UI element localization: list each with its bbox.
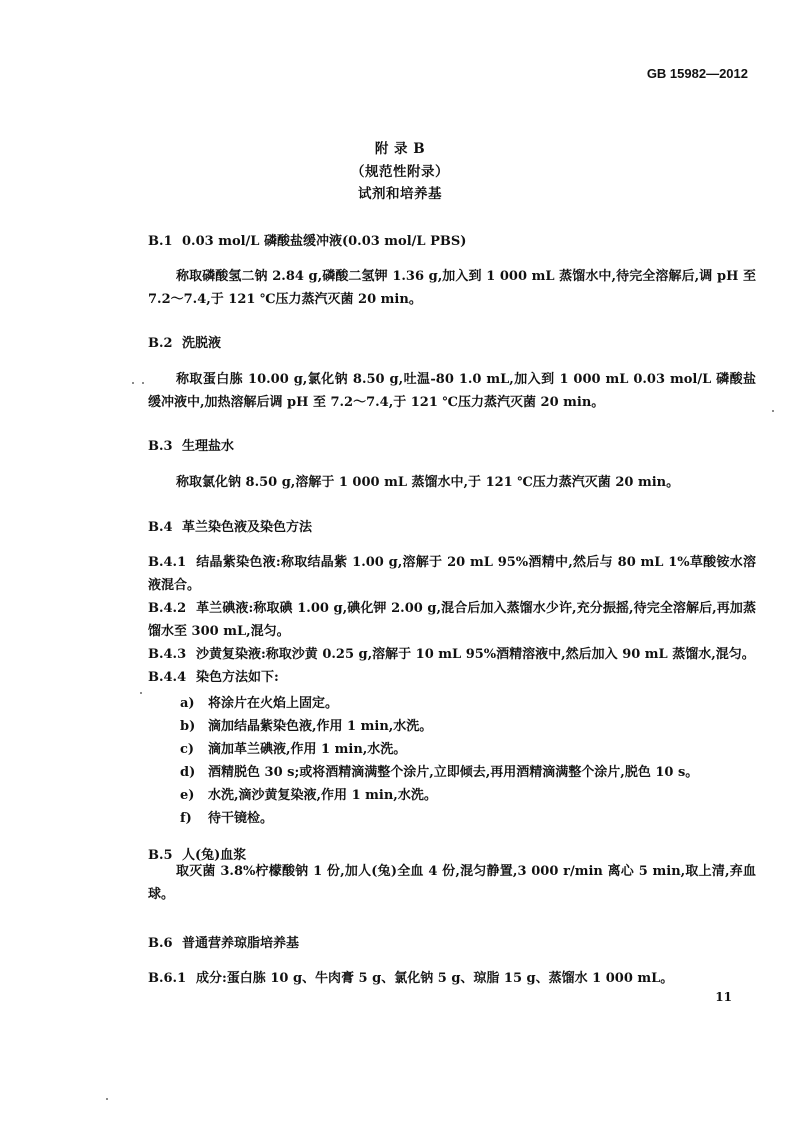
list-item: d)酒精脱色 30 s;或将酒精滴满整个涂片,立即倾去,再用酒精滴满整个涂片,脱… <box>180 761 698 780</box>
list-text: 滴加革兰碘液,作用 1 min,水洗。 <box>208 742 406 757</box>
scan-speck <box>132 382 134 384</box>
list-item: a)将涂片在火焰上固定。 <box>180 692 338 711</box>
subsection-number: B.4.4 <box>148 666 196 689</box>
subsection-number: B.6.1 <box>148 967 196 990</box>
section-body-b1: 称取磷酸氢二钠 2.84 g,磷酸二氢钾 1.36 g,加入到 1 000 mL… <box>148 265 756 311</box>
page-number: 11 <box>715 990 732 1004</box>
section-number: B.6 <box>148 936 182 951</box>
list-label: c) <box>180 742 208 757</box>
list-item: f)待干镜检。 <box>180 807 273 826</box>
section-heading-b4: B.4革兰染色液及染色方法 <box>148 516 312 535</box>
list-item: e)水洗,滴沙黄复染液,作用 1 min,水洗。 <box>180 784 437 803</box>
section-title: 普通营养琼脂培养基 <box>182 936 299 951</box>
section-number: B.1 <box>148 234 182 249</box>
section-title: 生理盐水 <box>182 439 234 454</box>
list-item: c)滴加革兰碘液,作用 1 min,水洗。 <box>180 738 406 757</box>
section-number: B.2 <box>148 336 182 351</box>
subsection-text: 染色方法如下: <box>196 670 279 685</box>
list-label: b) <box>180 719 208 734</box>
section-number: B.4 <box>148 520 182 535</box>
section-body-b3: 称取氯化钠 8.50 g,溶解于 1 000 mL 蒸馏水中,于 121 ℃压力… <box>148 471 756 494</box>
scan-speck <box>142 382 144 384</box>
annex-subtitle: 试剂和培养基 <box>0 182 800 202</box>
list-label: a) <box>180 696 208 711</box>
section-heading-b6: B.6普通营养琼脂培养基 <box>148 932 299 951</box>
list-text: 滴加结晶紫染色液,作用 1 min,水洗。 <box>208 719 432 734</box>
section-heading-b3: B.3生理盐水 <box>148 435 234 454</box>
list-text: 酒精脱色 30 s;或将酒精滴满整个涂片,立即倾去,再用酒精滴满整个涂片,脱色 … <box>208 765 698 780</box>
subsection-b4-4: B.4.4染色方法如下: <box>148 666 756 689</box>
list-label: f) <box>180 811 208 826</box>
standard-number: GB 15982—2012 <box>647 66 748 81</box>
section-title: 0.03 mol/L 磷酸盐缓冲液(0.03 mol/L PBS) <box>182 234 466 249</box>
scan-speck <box>140 692 142 694</box>
subsection-b4-2: B.4.2革兰碘液:称取碘 1.00 g,碘化钾 2.00 g,混合后加入蒸馏水… <box>148 597 756 643</box>
subsection-text: 革兰碘液:称取碘 1.00 g,碘化钾 2.00 g,混合后加入蒸馏水少许,充分… <box>148 601 756 639</box>
subsection-text: 成分:蛋白胨 10 g、牛肉膏 5 g、氯化钠 5 g、琼脂 15 g、蒸馏水 … <box>196 971 673 986</box>
list-label: d) <box>180 765 208 780</box>
section-heading-b1: B.10.03 mol/L 磷酸盐缓冲液(0.03 mol/L PBS) <box>148 230 466 249</box>
list-text: 待干镜检。 <box>208 811 273 826</box>
list-text: 水洗,滴沙黄复染液,作用 1 min,水洗。 <box>208 788 437 803</box>
section-body-b5: 取灭菌 3.8%柠檬酸钠 1 份,加人(兔)全血 4 份,混匀静置,3 000 … <box>148 860 756 906</box>
subsection-number: B.4.3 <box>148 643 196 666</box>
subsection-number: B.4.2 <box>148 597 196 620</box>
section-body-b2: 称取蛋白胨 10.00 g,氯化钠 8.50 g,吐温-80 1.0 mL,加入… <box>148 368 756 414</box>
subsection-b6-1: B.6.1成分:蛋白胨 10 g、牛肉膏 5 g、氯化钠 5 g、琼脂 15 g… <box>148 967 756 990</box>
section-title: 洗脱液 <box>182 336 221 351</box>
subsection-text: 结晶紫染色液:称取结晶紫 1.00 g,溶解于 20 mL 95%酒精中,然后与… <box>148 555 756 593</box>
subsection-number: B.4.1 <box>148 551 196 574</box>
list-item: b)滴加结晶紫染色液,作用 1 min,水洗。 <box>180 715 432 734</box>
list-label: e) <box>180 788 208 803</box>
subsection-b4-1: B.4.1结晶紫染色液:称取结晶紫 1.00 g,溶解于 20 mL 95%酒精… <box>148 551 756 597</box>
section-heading-b2: B.2洗脱液 <box>148 332 221 351</box>
annex-type: （规范性附录） <box>0 160 800 180</box>
annex-title: 附 录 B <box>0 137 800 157</box>
subsection-b4-3: B.4.3沙黄复染液:称取沙黄 0.25 g,溶解于 10 mL 95%酒精溶液… <box>148 643 756 666</box>
list-text: 将涂片在火焰上固定。 <box>208 696 338 711</box>
section-number: B.3 <box>148 439 182 454</box>
document-page: GB 15982—2012 附 录 B （规范性附录） 试剂和培养基 B.10.… <box>0 0 800 1140</box>
scan-speck <box>106 1098 108 1100</box>
subsection-text: 沙黄复染液:称取沙黄 0.25 g,溶解于 10 mL 95%酒精溶液中,然后加… <box>196 647 755 662</box>
section-title: 革兰染色液及染色方法 <box>182 520 312 535</box>
scan-speck <box>772 410 774 412</box>
